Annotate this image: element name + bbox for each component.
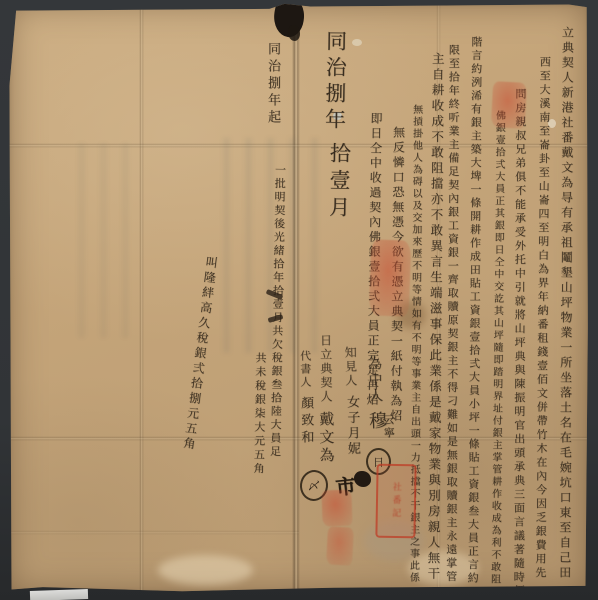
ink-blot: [288, 25, 300, 41]
fold-crease-horizontal-faint: [8, 530, 299, 535]
deed-column-8: 無摃掛他人為碍以及交加來歷不明等情如有不明等事業主自出頭一力抵擋不干銀主之事此係: [405, 104, 423, 584]
signature-name: 戴文為: [317, 411, 335, 465]
paper-speck: [352, 39, 362, 46]
middleman-mark-circle: 日: [366, 448, 391, 475]
signature-role: 為中人: [366, 356, 384, 405]
signature-role: 代書人: [299, 350, 312, 389]
red-seal-main-text: 社番記: [389, 481, 403, 520]
fold-crease-vertical-left: [139, 3, 144, 593]
scan-artifact-strip: [30, 589, 88, 600]
signature-name: 女子月妮: [344, 395, 360, 457]
center-fold-seam: [292, 3, 300, 593]
signature-name: 顏致和: [298, 396, 313, 447]
signature-role: 知見人: [343, 346, 358, 388]
deed-column-5: 階言約洌浠有銀主築大埤一條開耕作成田貼工資銀壹拾弍大員小坪一條貼工資銀叁大員正言…: [464, 36, 484, 586]
tax-note-1: 一批明契後光緒拾年拾壹月共欠稅銀叁拾陸大員足: [266, 164, 287, 459]
signature-scribe: 代書人顏致和: [296, 350, 316, 447]
deed-column-9: 無反憐口恐無憑今欲有憑立典契一紙付執為炤: [387, 126, 407, 424]
tax-note-2: 共未稅銀柒大元五角: [250, 352, 268, 476]
tax-note-3: 叫隆絆高久稅銀弍拾捌元五角: [180, 255, 221, 453]
red-seal-small-2: [326, 526, 354, 565]
deed-column-3: 問房親叔兄弟俱不能承受外托中引就將山坪典與陳振明官出頭承典三面言議著隨時價: [510, 88, 528, 599]
grantor-personal-mark: 市: [329, 475, 360, 498]
signature-role: 日立典契人: [318, 334, 333, 404]
signature-grantor: 日立典契人戴文為: [315, 334, 337, 465]
ink-bleed-smudge: [78, 143, 140, 338]
deed-column-1: 立典契人新港社番戴文為㝵有承祖鬮墾山坪物業一所坐落土名在毛婉坑口東至自己田: [557, 26, 577, 581]
left-era-note: 同治捌年起: [263, 42, 282, 127]
signature-middleman-name2: 云寧: [379, 414, 396, 441]
scribe-mark: 〆: [307, 476, 321, 494]
document-paper: 立典契人新港社番戴文為㝵有承祖鬮墾山坪物業一所坐落土名在毛婉坑口東至自己田 西至…: [8, 3, 589, 593]
era-date-line2: 拾壹月: [323, 142, 354, 223]
deed-column-2: 西至大溪南至崙卦至山崙四至明白為界年納番租錢壹佰文併帶竹木在內今因乏銀費用先: [532, 56, 553, 581]
light-stain: [158, 555, 253, 585]
scribe-mark-circle: 〆: [298, 469, 329, 503]
era-date-line1: 同治捌年: [319, 30, 350, 134]
middleman-mark: 日: [373, 454, 384, 470]
signature-witness: 知見人女子月妮: [341, 346, 362, 457]
deed-column-4: 佛銀壹拾弍大員正其銀即日仝中交訖其山坪隨即踏明界址付銀主掌管耕作收成為利不敢阻: [487, 110, 507, 586]
